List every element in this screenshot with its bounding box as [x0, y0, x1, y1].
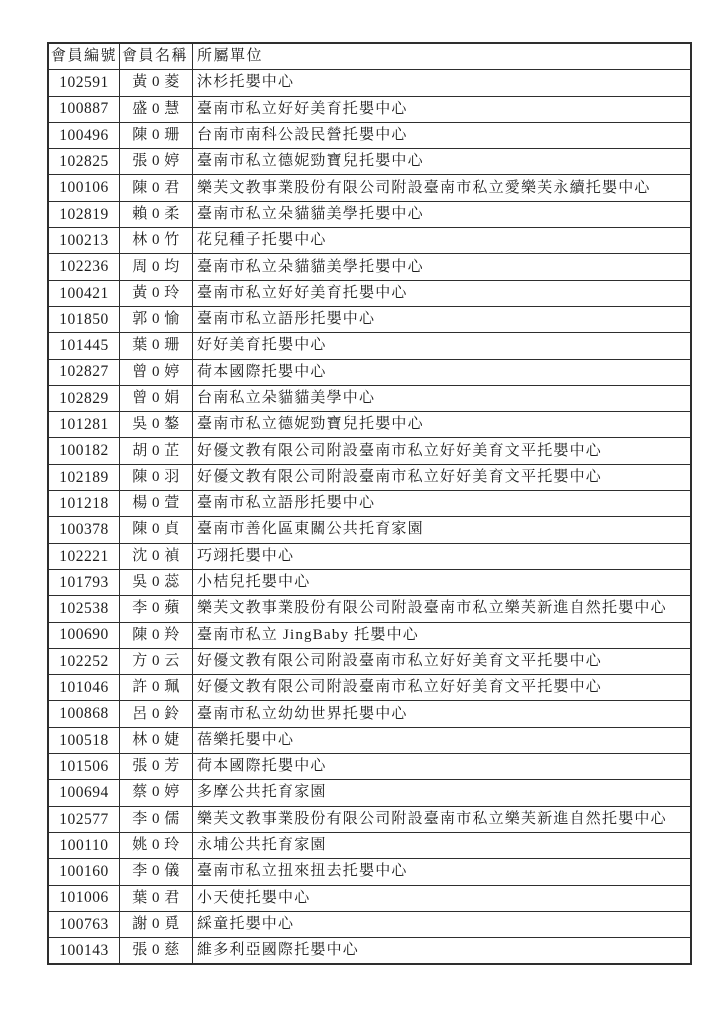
member-unit-cell: 維多利亞國際托嬰中心	[193, 938, 692, 965]
member-name-cell: 胡 0 芷	[120, 438, 193, 464]
member-name-cell: 周 0 均	[120, 254, 193, 280]
member-id-cell: 101281	[48, 412, 120, 438]
table-row: 100887盛 0 慧臺南市私立好好美育托嬰中心	[48, 96, 691, 122]
header-member-unit: 所屬單位	[193, 43, 692, 70]
member-name-cell: 葉 0 君	[120, 885, 193, 911]
member-unit-cell: 小桔兒托嬰中心	[193, 569, 692, 595]
member-id-cell: 102829	[48, 385, 120, 411]
member-name-cell: 吳 0 鏊	[120, 412, 193, 438]
member-unit-cell: 好優文教有限公司附設臺南市私立好好美育文平托嬰中心	[193, 675, 692, 701]
table-row: 102827曾 0 婷荷本國際托嬰中心	[48, 359, 691, 385]
table-row: 102221沈 0 禎巧翊托嬰中心	[48, 543, 691, 569]
table-row: 102189陳 0 羽好優文教有限公司附設臺南市私立好好美育文平托嬰中心	[48, 464, 691, 490]
member-id-cell: 101850	[48, 306, 120, 332]
table-row: 101506張 0 芳荷本國際托嬰中心	[48, 754, 691, 780]
member-name-cell: 賴 0 柔	[120, 201, 193, 227]
member-id-cell: 100106	[48, 175, 120, 201]
table-row: 100763謝 0 覓綵童托嬰中心	[48, 911, 691, 937]
member-unit-cell: 臺南市私立朵貓貓美學托嬰中心	[193, 201, 692, 227]
member-name-cell: 蔡 0 婷	[120, 780, 193, 806]
document-page: 會員編號 會員名稱 所屬單位 102591黃 0 菱沐杉托嬰中心100887盛 …	[0, 0, 724, 1024]
member-unit-cell: 綵童托嬰中心	[193, 911, 692, 937]
table-row: 100868呂 0 鈴臺南市私立幼幼世界托嬰中心	[48, 701, 691, 727]
member-unit-cell: 臺南市善化區東關公共托育家園	[193, 517, 692, 543]
member-name-cell: 黃 0 菱	[120, 70, 193, 96]
table-row: 101046許 0 珮好優文教有限公司附設臺南市私立好好美育文平托嬰中心	[48, 675, 691, 701]
member-unit-cell: 台南私立朵貓貓美學中心	[193, 385, 692, 411]
member-id-cell: 102538	[48, 596, 120, 622]
member-table-header: 會員編號 會員名稱 所屬單位	[48, 43, 691, 70]
header-member-name: 會員名稱	[120, 43, 193, 70]
member-id-cell: 100694	[48, 780, 120, 806]
member-unit-cell: 永埔公共托育家園	[193, 832, 692, 858]
member-id-cell: 102819	[48, 201, 120, 227]
member-unit-cell: 好優文教有限公司附設臺南市私立好好美育文平托嬰中心	[193, 438, 692, 464]
member-name-cell: 陳 0 羽	[120, 464, 193, 490]
member-id-cell: 100763	[48, 911, 120, 937]
member-name-cell: 張 0 芳	[120, 754, 193, 780]
table-row: 101281吳 0 鏊臺南市私立德妮勁寶兒托嬰中心	[48, 412, 691, 438]
member-name-cell: 謝 0 覓	[120, 911, 193, 937]
member-unit-cell: 小天使托嬰中心	[193, 885, 692, 911]
member-id-cell: 101506	[48, 754, 120, 780]
member-id-cell: 101218	[48, 491, 120, 517]
member-id-cell: 102825	[48, 149, 120, 175]
member-unit-cell: 花兒種子托嬰中心	[193, 228, 692, 254]
member-name-cell: 盛 0 慧	[120, 96, 193, 122]
member-id-cell: 100421	[48, 280, 120, 306]
member-name-cell: 張 0 婷	[120, 149, 193, 175]
member-name-cell: 陳 0 珊	[120, 122, 193, 148]
member-name-cell: 曾 0 婷	[120, 359, 193, 385]
member-id-cell: 100160	[48, 859, 120, 885]
table-row: 102819賴 0 柔臺南市私立朵貓貓美學托嬰中心	[48, 201, 691, 227]
member-id-cell: 101445	[48, 333, 120, 359]
member-unit-cell: 臺南市私立朵貓貓美學托嬰中心	[193, 254, 692, 280]
member-name-cell: 郭 0 愉	[120, 306, 193, 332]
member-id-cell: 102189	[48, 464, 120, 490]
member-id-cell: 102591	[48, 70, 120, 96]
member-unit-cell: 臺南市私立德妮勁寶兒托嬰中心	[193, 412, 692, 438]
member-unit-cell: 巧翊托嬰中心	[193, 543, 692, 569]
table-row: 100143張 0 慈維多利亞國際托嬰中心	[48, 938, 691, 965]
member-name-cell: 林 0 竹	[120, 228, 193, 254]
member-unit-cell: 臺南市私立 JingBaby 托嬰中心	[193, 622, 692, 648]
member-id-cell: 100213	[48, 228, 120, 254]
member-name-cell: 張 0 慈	[120, 938, 193, 965]
member-unit-cell: 臺南市私立扭來扭去托嬰中心	[193, 859, 692, 885]
member-id-cell: 102221	[48, 543, 120, 569]
member-name-cell: 呂 0 鈴	[120, 701, 193, 727]
table-row: 101006葉 0 君小天使托嬰中心	[48, 885, 691, 911]
member-name-cell: 曾 0 娟	[120, 385, 193, 411]
member-id-cell: 100182	[48, 438, 120, 464]
table-row: 100378陳 0 貞臺南市善化區東關公共托育家園	[48, 517, 691, 543]
member-id-cell: 102252	[48, 648, 120, 674]
member-id-cell: 101793	[48, 569, 120, 595]
member-id-cell: 101046	[48, 675, 120, 701]
table-row: 100213林 0 竹花兒種子托嬰中心	[48, 228, 691, 254]
header-row: 會員編號 會員名稱 所屬單位	[48, 43, 691, 70]
table-row: 102577李 0 儒樂芙文教事業股份有限公司附設臺南市私立樂芙新進自然托嬰中心	[48, 806, 691, 832]
table-row: 101850郭 0 愉臺南市私立語彤托嬰中心	[48, 306, 691, 332]
table-row: 100421黃 0 玲臺南市私立好好美育托嬰中心	[48, 280, 691, 306]
member-unit-cell: 好好美育托嬰中心	[193, 333, 692, 359]
member-name-cell: 林 0 婕	[120, 727, 193, 753]
table-row: 100106陳 0 君樂芙文教事業股份有限公司附設臺南市私立愛樂芙永續托嬰中心	[48, 175, 691, 201]
table-row: 101793吳 0 蕊小桔兒托嬰中心	[48, 569, 691, 595]
member-unit-cell: 好優文教有限公司附設臺南市私立好好美育文平托嬰中心	[193, 648, 692, 674]
member-unit-cell: 臺南市私立語彤托嬰中心	[193, 306, 692, 332]
table-row: 102829曾 0 娟台南私立朵貓貓美學中心	[48, 385, 691, 411]
member-id-cell: 100378	[48, 517, 120, 543]
table-row: 100496陳 0 珊台南市南科公設民營托嬰中心	[48, 122, 691, 148]
member-unit-cell: 荷本國際托嬰中心	[193, 359, 692, 385]
table-row: 100518林 0 婕蓓樂托嬰中心	[48, 727, 691, 753]
member-unit-cell: 樂芙文教事業股份有限公司附設臺南市私立愛樂芙永續托嬰中心	[193, 175, 692, 201]
member-unit-cell: 荷本國際托嬰中心	[193, 754, 692, 780]
table-row: 100690陳 0 羚臺南市私立 JingBaby 托嬰中心	[48, 622, 691, 648]
member-name-cell: 陳 0 羚	[120, 622, 193, 648]
member-id-cell: 100887	[48, 96, 120, 122]
member-name-cell: 李 0 儀	[120, 859, 193, 885]
member-id-cell: 100110	[48, 832, 120, 858]
member-name-cell: 方 0 云	[120, 648, 193, 674]
member-unit-cell: 臺南市私立語彤托嬰中心	[193, 491, 692, 517]
member-id-cell: 101006	[48, 885, 120, 911]
table-row: 102538李 0 蘋樂芙文教事業股份有限公司附設臺南市私立樂芙新進自然托嬰中心	[48, 596, 691, 622]
member-name-cell: 李 0 蘋	[120, 596, 193, 622]
table-row: 102252方 0 云好優文教有限公司附設臺南市私立好好美育文平托嬰中心	[48, 648, 691, 674]
table-row: 100182胡 0 芷好優文教有限公司附設臺南市私立好好美育文平托嬰中心	[48, 438, 691, 464]
member-id-cell: 100518	[48, 727, 120, 753]
table-row: 100694蔡 0 婷多摩公共托育家園	[48, 780, 691, 806]
table-row: 102591黃 0 菱沐杉托嬰中心	[48, 70, 691, 96]
member-id-cell: 102236	[48, 254, 120, 280]
member-unit-cell: 多摩公共托育家園	[193, 780, 692, 806]
member-name-cell: 楊 0 萱	[120, 491, 193, 517]
member-name-cell: 姚 0 玲	[120, 832, 193, 858]
table-row: 101218楊 0 萱臺南市私立語彤托嬰中心	[48, 491, 691, 517]
member-id-cell: 100690	[48, 622, 120, 648]
member-unit-cell: 臺南市私立德妮勁寶兒托嬰中心	[193, 149, 692, 175]
table-row: 102825張 0 婷臺南市私立德妮勁寶兒托嬰中心	[48, 149, 691, 175]
member-id-cell: 102827	[48, 359, 120, 385]
member-name-cell: 陳 0 貞	[120, 517, 193, 543]
member-unit-cell: 好優文教有限公司附設臺南市私立好好美育文平托嬰中心	[193, 464, 692, 490]
table-row: 101445葉 0 珊好好美育托嬰中心	[48, 333, 691, 359]
table-row: 100110姚 0 玲永埔公共托育家園	[48, 832, 691, 858]
member-name-cell: 黃 0 玲	[120, 280, 193, 306]
member-unit-cell: 臺南市私立好好美育托嬰中心	[193, 96, 692, 122]
member-table: 會員編號 會員名稱 所屬單位 102591黃 0 菱沐杉托嬰中心100887盛 …	[47, 42, 692, 965]
member-name-cell: 許 0 珮	[120, 675, 193, 701]
header-member-id: 會員編號	[48, 43, 120, 70]
member-unit-cell: 蓓樂托嬰中心	[193, 727, 692, 753]
member-unit-cell: 沐杉托嬰中心	[193, 70, 692, 96]
member-name-cell: 李 0 儒	[120, 806, 193, 832]
member-unit-cell: 台南市南科公設民營托嬰中心	[193, 122, 692, 148]
member-unit-cell: 臺南市私立好好美育托嬰中心	[193, 280, 692, 306]
member-name-cell: 吳 0 蕊	[120, 569, 193, 595]
member-id-cell: 100496	[48, 122, 120, 148]
table-row: 100160李 0 儀臺南市私立扭來扭去托嬰中心	[48, 859, 691, 885]
member-id-cell: 102577	[48, 806, 120, 832]
member-table-body: 102591黃 0 菱沐杉托嬰中心100887盛 0 慧臺南市私立好好美育托嬰中…	[48, 70, 691, 965]
member-unit-cell: 樂芙文教事業股份有限公司附設臺南市私立樂芙新進自然托嬰中心	[193, 806, 692, 832]
member-unit-cell: 樂芙文教事業股份有限公司附設臺南市私立樂芙新進自然托嬰中心	[193, 596, 692, 622]
member-name-cell: 陳 0 君	[120, 175, 193, 201]
member-id-cell: 100868	[48, 701, 120, 727]
member-name-cell: 葉 0 珊	[120, 333, 193, 359]
table-row: 102236周 0 均臺南市私立朵貓貓美學托嬰中心	[48, 254, 691, 280]
member-unit-cell: 臺南市私立幼幼世界托嬰中心	[193, 701, 692, 727]
member-name-cell: 沈 0 禎	[120, 543, 193, 569]
member-id-cell: 100143	[48, 938, 120, 965]
